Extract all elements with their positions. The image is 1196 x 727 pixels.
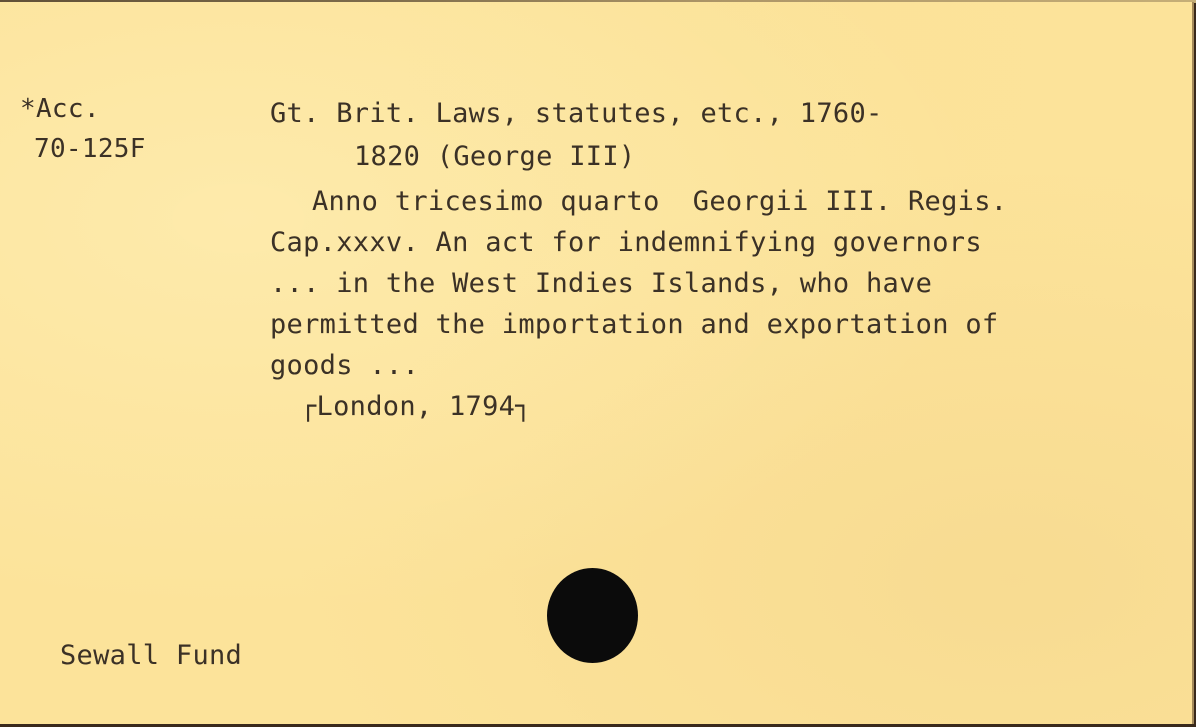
- fund-note: Sewall Fund: [60, 642, 242, 669]
- heading-line-2: 1820 (George III): [354, 143, 635, 170]
- title-line-3: ... in the West Indies Islands, who have: [270, 270, 932, 297]
- title-line-2: Cap.xxxv. An act for indemnifying govern…: [270, 229, 982, 256]
- title-line-1: Anno tricesimo quarto Georgii III. Regis…: [312, 188, 1007, 215]
- title-line-4: permitted the importation and exportatio…: [270, 311, 998, 338]
- punch-hole: [547, 568, 638, 663]
- imprint: ┌London, 1794┐: [300, 393, 532, 420]
- catalog-card: *Acc. 70-125F Gt. Brit. Laws, statutes, …: [0, 2, 1194, 724]
- title-line-5: goods ...: [270, 352, 419, 379]
- call-number-prefix: *Acc.: [20, 96, 100, 122]
- call-number: 70-125F: [34, 136, 146, 162]
- heading-line-1: Gt. Brit. Laws, statutes, etc., 1760-: [270, 100, 883, 127]
